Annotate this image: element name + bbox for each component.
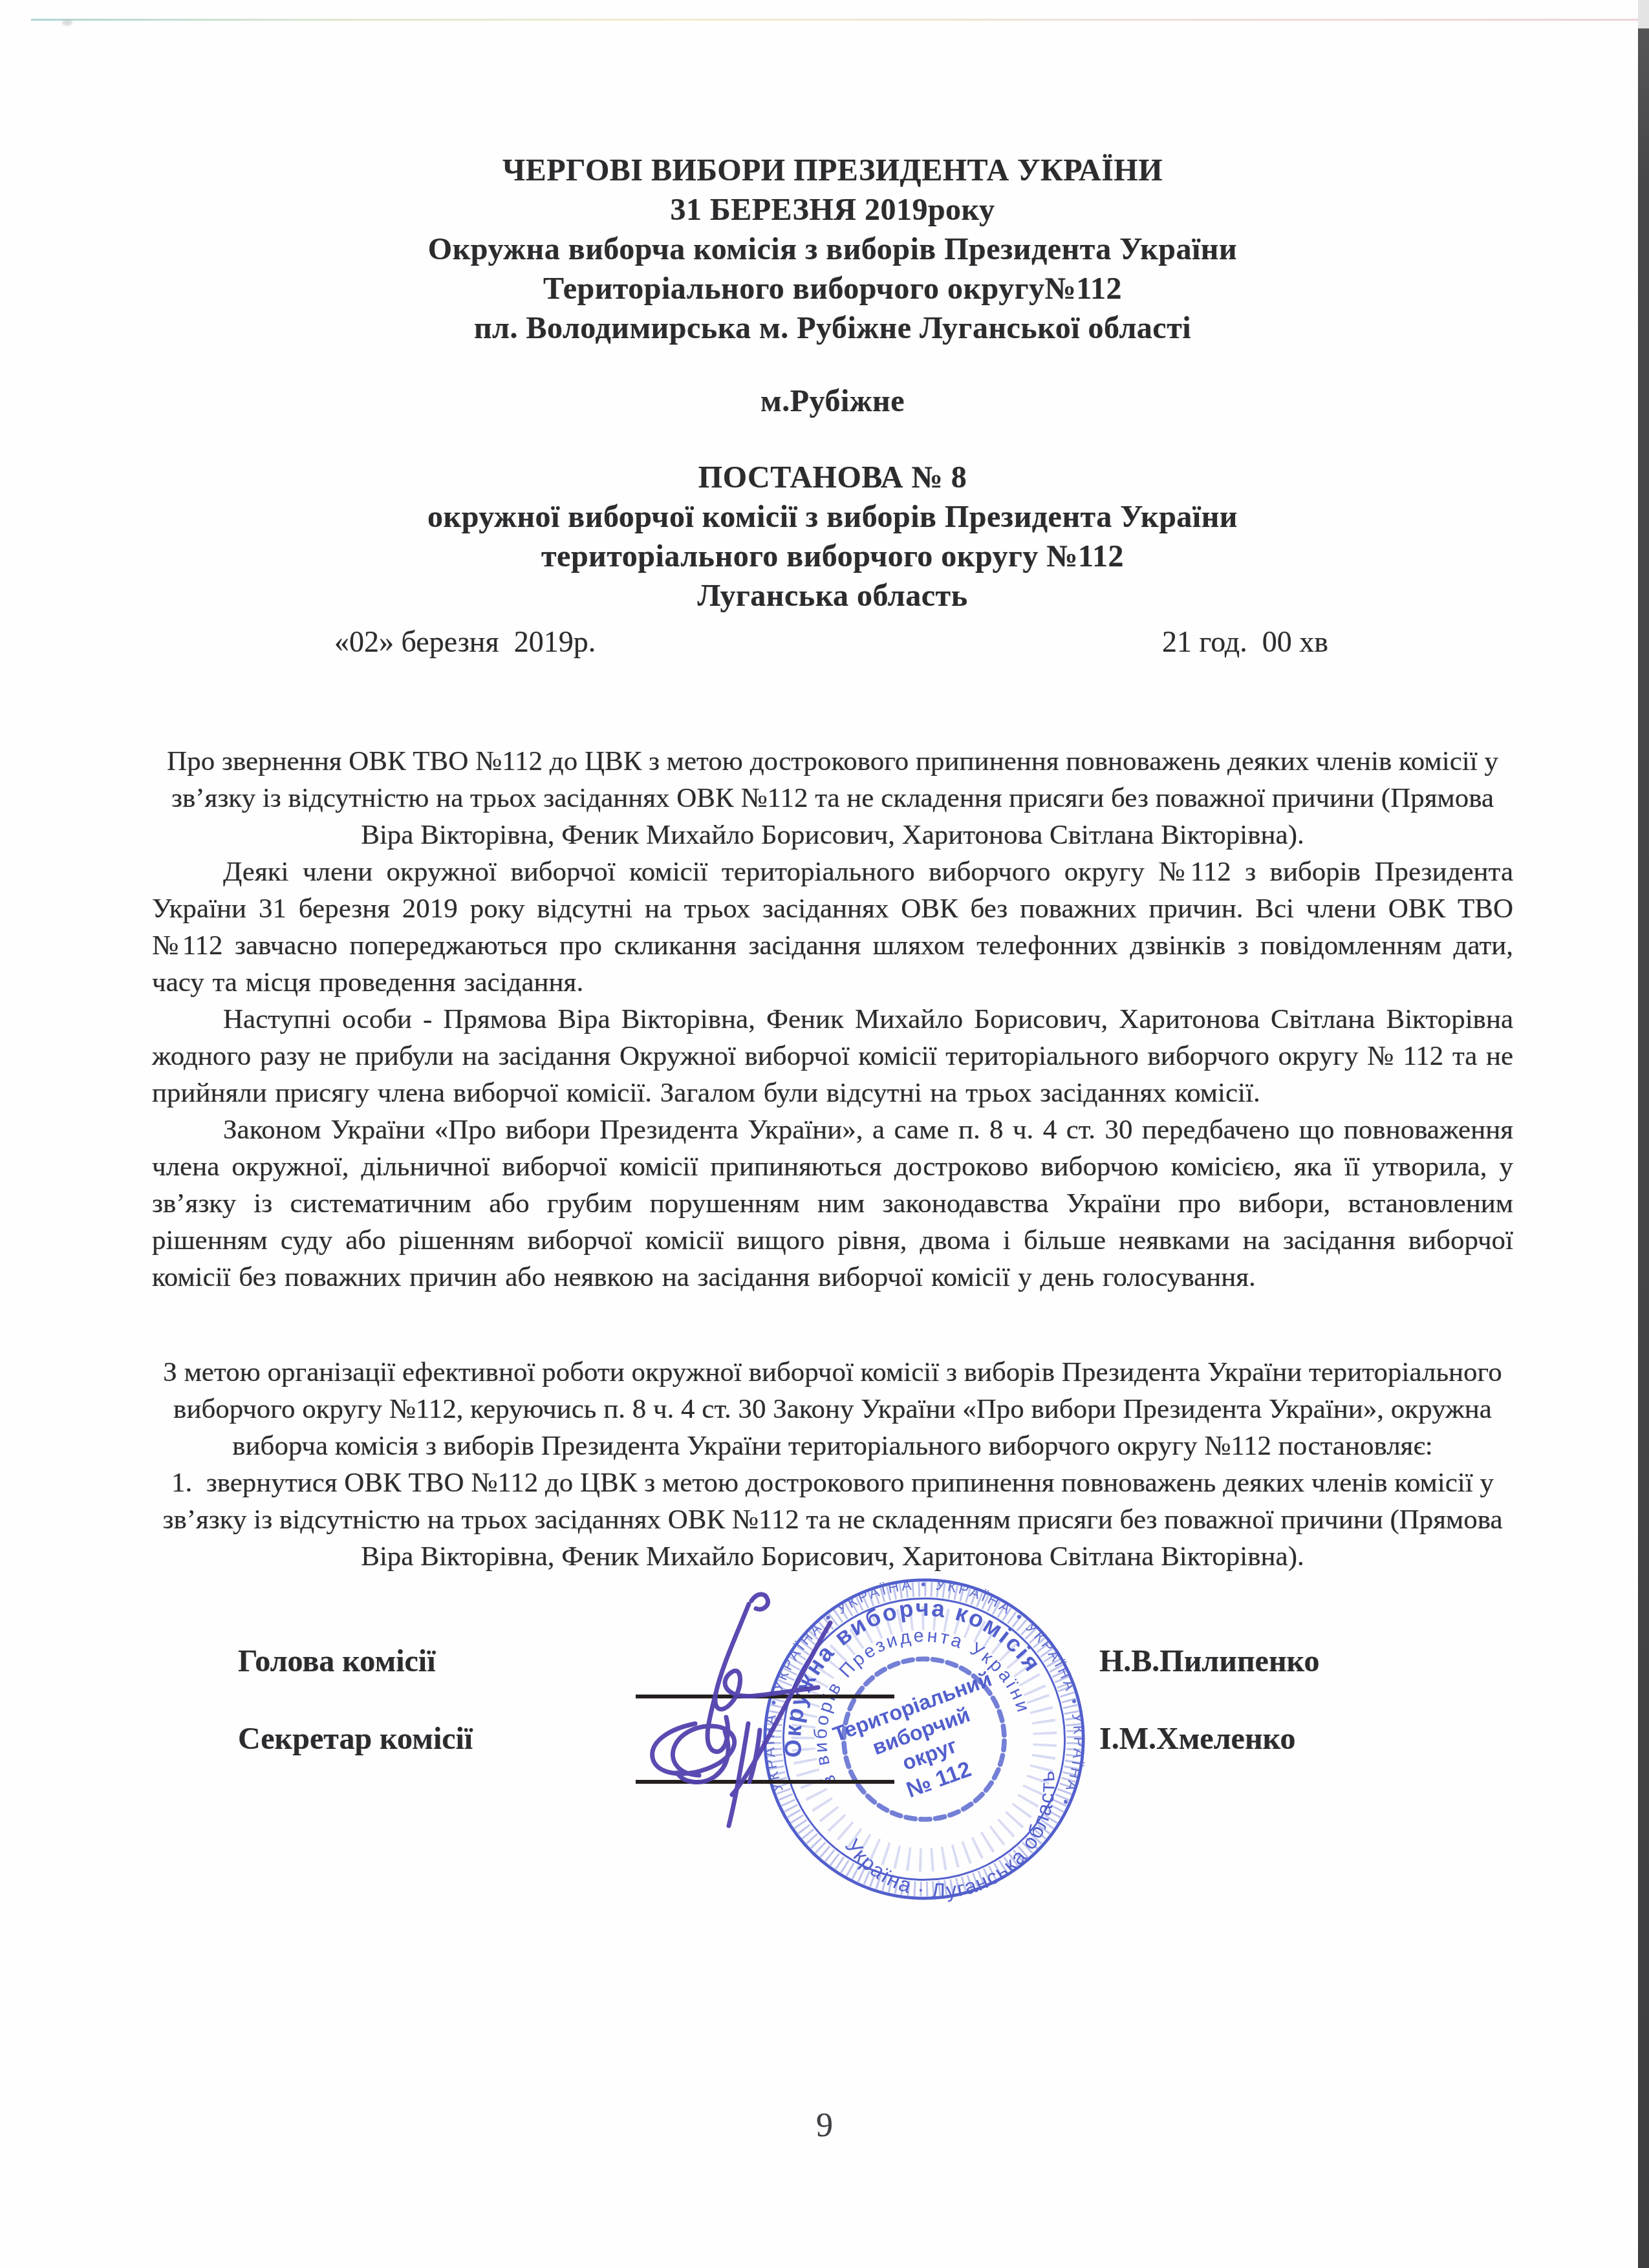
document-date: «02» березня 2019р. <box>334 623 596 660</box>
item-number: 1. <box>171 1468 192 1498</box>
paragraph-1: Деякі члени окружної виборчої комісії те… <box>152 853 1513 1001</box>
header-line: 31 БЕРЕЗНЯ 2019року <box>152 190 1513 230</box>
paragraph-3: Законом України «Про вибори Президента У… <box>152 1111 1513 1296</box>
resolution-title-block: ПОСТАНОВА № 8 окружної виборчої комісії … <box>152 458 1513 615</box>
chairman-name: Н.В.Пилипенко <box>1099 1643 1320 1679</box>
document-body: Про звернення ОВК ТВО №112 до ЦВК з мето… <box>152 743 1513 1575</box>
resolution-line: окружної виборчої комісії з виборів През… <box>152 497 1513 537</box>
signature-block: Голова комісії Н.В.Пилипенко Секретар ко… <box>152 1620 1513 1931</box>
document-header: ЧЕРГОВІ ВИБОРИ ПРЕЗИДЕНТА УКРАЇНИ 31 БЕР… <box>152 151 1513 348</box>
dateline: «02» березня 2019р. 21 год. 00 хв <box>152 623 1513 660</box>
document-content: ЧЕРГОВІ ВИБОРИ ПРЕЗИДЕНТА УКРАЇНИ 31 БЕР… <box>152 0 1513 1931</box>
secretary-name: І.М.Хмеленко <box>1099 1721 1296 1757</box>
scan-artifact-right-edge <box>1638 0 1649 2268</box>
handwritten-signatures <box>605 1536 1122 1943</box>
scanned-document-page: ЧЕРГОВІ ВИБОРИ ПРЕЗИДЕНТА УКРАЇНИ 31 БЕР… <box>0 0 1649 2268</box>
resolution-line: Луганська область <box>152 576 1513 615</box>
secretary-label: Секретар комісії <box>238 1721 473 1757</box>
document-time: 21 год. 00 хв <box>1162 623 1328 660</box>
paragraph-subject: Про звернення ОВК ТВО №112 до ЦВК з мето… <box>152 743 1513 853</box>
city-line: м.Рубіжне <box>152 381 1513 421</box>
header-line: ЧЕРГОВІ ВИБОРИ ПРЕЗИДЕНТА УКРАЇНИ <box>152 151 1513 190</box>
header-line: Територіального виборчого округу№112 <box>152 269 1513 308</box>
page-number: 9 <box>0 2106 1649 2145</box>
resolution-number: ПОСТАНОВА № 8 <box>152 458 1513 497</box>
chairman-label: Голова комісії <box>238 1643 435 1679</box>
header-line: Окружна виборча комісія з виборів Презид… <box>152 230 1513 269</box>
paragraph-motive: З метою організації ефективної роботи ок… <box>152 1354 1513 1464</box>
resolution-line: територіального виборчого округу №112 <box>152 537 1513 576</box>
scan-artifact-smudge <box>62 19 72 26</box>
header-line: пл. Володимирська м. Рубіжне Луганської … <box>152 308 1513 348</box>
paragraph-2: Наступні особи - Прямова Віра Вікторівна… <box>152 1001 1513 1111</box>
